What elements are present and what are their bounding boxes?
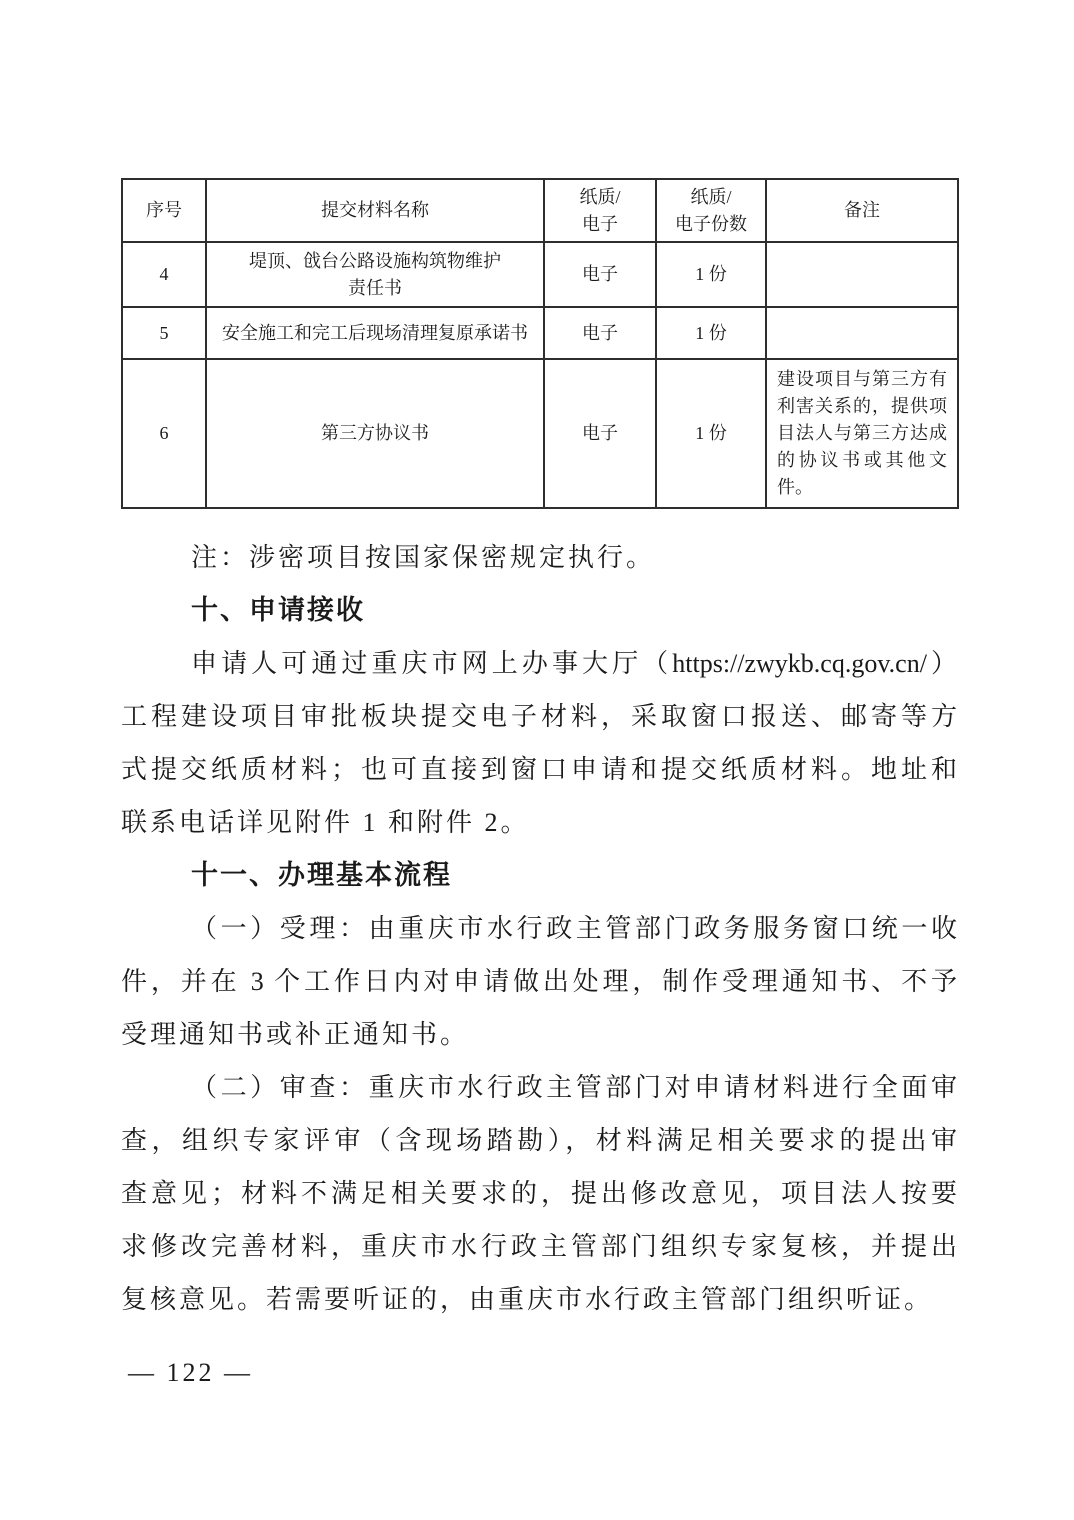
cell-material-name: 安全施工和完工后现场清理复原承诺书 [206,307,544,359]
cell-no: 5 [122,307,206,359]
table-row: 5 安全施工和完工后现场清理复原承诺书 电子 1 份 [122,307,958,359]
paragraph-line: 式提交纸质材料；也可直接到窗口申请和提交纸质材料。地址和 [121,743,957,796]
cell-remark [766,307,958,359]
cell-remark: 建设项目与第三方有利害关系的，提供项目法人与第三方达成的协议书或其他文件。 [766,359,958,508]
document-page: 序号 提交材料名称 纸质/ 电子 纸质/ 电子份数 备注 4 堤顶、戗台公路设施… [0,0,1074,1520]
paragraph-line: （二）审查：重庆市水行政主管部门对申请材料进行全面审 [121,1061,957,1114]
cell-medium: 电子 [544,307,656,359]
table-row: 6 第三方协议书 电子 1 份 建设项目与第三方有利害关系的，提供项目法人与第三… [122,359,958,508]
section-heading-basic-process: 十一、办理基本流程 [121,849,957,902]
cell-remark [766,242,958,307]
cell-copies: 1 份 [656,359,766,508]
cell-material-name: 堤顶、戗台公路设施构筑物维护 责任书 [206,242,544,307]
paragraph-line: 查，组织专家评审（含现场踏勘），材料满足相关要求的提出审 [121,1114,957,1167]
secrecy-note: 注：涉密项目按国家保密规定执行。 [121,531,957,584]
table-header-row: 序号 提交材料名称 纸质/ 电子 纸质/ 电子份数 备注 [122,179,958,242]
section-heading-application-receipt: 十、申请接收 [121,584,957,637]
paragraph-line: 复核意见。若需要听证的，由重庆市水行政主管部门组织听证。 [121,1273,957,1326]
cell-copies: 1 份 [656,242,766,307]
page-content: 序号 提交材料名称 纸质/ 电子 纸质/ 电子份数 备注 4 堤顶、戗台公路设施… [121,178,957,1326]
paragraph-line: 件，并在 3 个工作日内对申请做出处理，制作受理通知书、不予 [121,955,957,1008]
paragraph-line: 求修改完善材料，重庆市水行政主管部门组织专家复核，并提出 [121,1220,957,1273]
header-medium: 纸质/ 电子 [544,179,656,242]
paragraph-line: 受理通知书或补正通知书。 [121,1008,957,1061]
cell-medium: 电子 [544,242,656,307]
paragraph: 申请人可通过重庆市网上办事大厅（https://zwykb.cq.gov.cn/… [121,637,957,849]
table-row: 4 堤顶、戗台公路设施构筑物维护 责任书 电子 1 份 [122,242,958,307]
header-copies: 纸质/ 电子份数 [656,179,766,242]
paragraph-line: 查意见；材料不满足相关要求的，提出修改意见，项目法人按要 [121,1167,957,1220]
paragraph: （一）受理：由重庆市水行政主管部门政务服务窗口统一收 件，并在 3 个工作日内对… [121,902,957,1061]
paragraph-line: （一）受理：由重庆市水行政主管部门政务服务窗口统一收 [121,902,957,955]
cell-medium: 电子 [544,359,656,508]
cell-material-name: 第三方协议书 [206,359,544,508]
header-remark: 备注 [766,179,958,242]
header-material-name: 提交材料名称 [206,179,544,242]
header-no: 序号 [122,179,206,242]
paragraph-line: 工程建设项目审批板块提交电子材料，采取窗口报送、邮寄等方 [121,690,957,743]
materials-table: 序号 提交材料名称 纸质/ 电子 纸质/ 电子份数 备注 4 堤顶、戗台公路设施… [121,178,959,509]
paragraph-line: 联系电话详见附件 1 和附件 2。 [121,796,957,849]
cell-copies: 1 份 [656,307,766,359]
paragraph: （二）审查：重庆市水行政主管部门对申请材料进行全面审 查，组织专家评审（含现场踏… [121,1061,957,1326]
page-number: — 122 — [128,1358,253,1388]
cell-no: 4 [122,242,206,307]
paragraph-line: 申请人可通过重庆市网上办事大厅（https://zwykb.cq.gov.cn/… [121,637,957,690]
cell-no: 6 [122,359,206,508]
